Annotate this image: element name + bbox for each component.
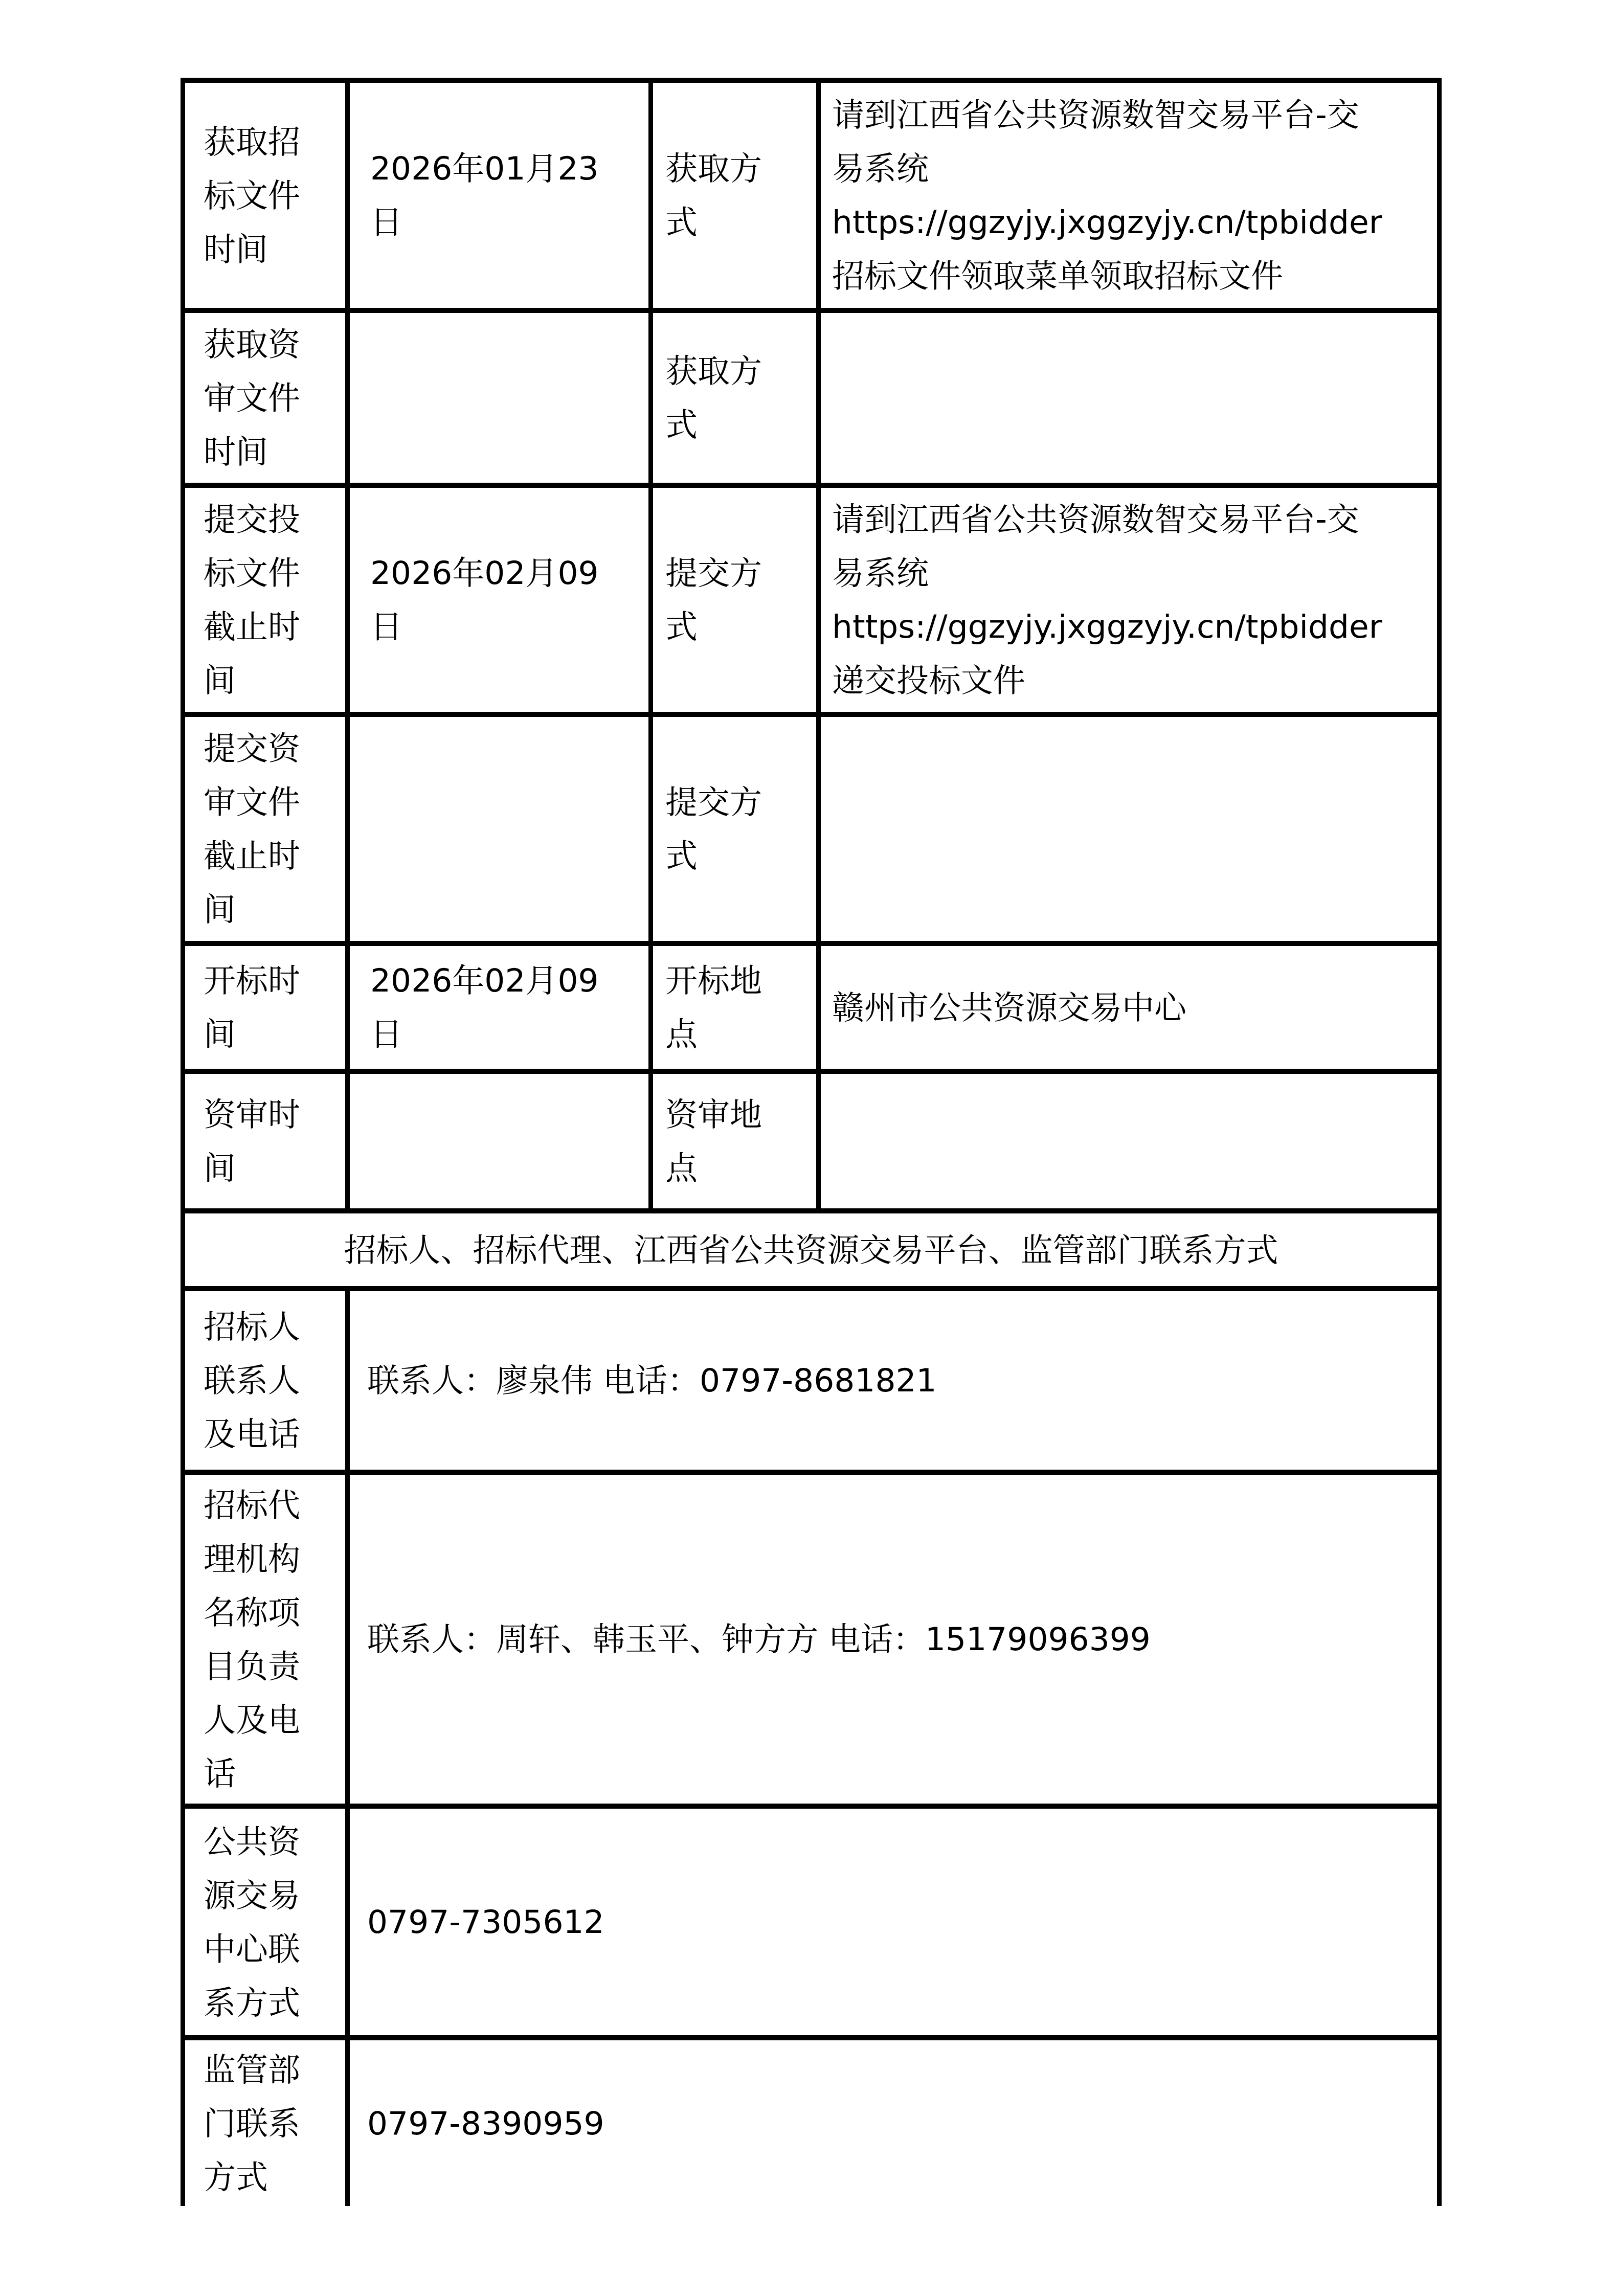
table-row-bid-opening: 开标时间 2026年02月09日 开标地点 赣州市公共资源交易中心 xyxy=(183,943,1440,1071)
prequal-review-time-value xyxy=(348,1071,651,1211)
agency-contact-value: 联系人：周轩、韩玉平、钟方方 电话：15179096399 xyxy=(348,1472,1440,1806)
submit-method-value: 请到江西省公共资源数智交易平台-交 易系统 https://ggzyjy.jxg… xyxy=(819,485,1440,714)
obtain-method-label: 获取方式 xyxy=(651,80,819,310)
bid-opening-time-value: 2026年02月09日 xyxy=(348,943,651,1071)
agency-contact-label: 招标代理机构名称项目负责人及电话 xyxy=(183,1472,348,1806)
bid-schedule-contact-table: 获取招标文件时间 2026年01月23日 获取方式 请到江西省公共资源数智交易平… xyxy=(181,78,1442,2206)
regulator-contact-label: 监管部门联系方式 xyxy=(183,2038,348,2206)
table-row-agency-contact: 招标代理机构名称项目负责人及电话 联系人：周轩、韩玉平、钟方方 电话：15179… xyxy=(183,1472,1440,1806)
obtain-prequal-docs-time-label: 获取资审文件时间 xyxy=(183,310,348,485)
document-page: { "page": { "background": "#ffffff", "te… xyxy=(0,0,1616,2296)
table-row-obtain-bid-docs: 获取招标文件时间 2026年01月23日 获取方式 请到江西省公共资源数智交易平… xyxy=(183,80,1440,310)
submit-prequal-deadline-label: 提交资审文件截止时间 xyxy=(183,714,348,943)
obtain-prequal-docs-time-value xyxy=(348,310,651,485)
submit-bid-deadline-label: 提交投标文件截止时间 xyxy=(183,485,348,714)
table-row-regulator-contact: 监管部门联系方式 0797-8390959 xyxy=(183,2038,1440,2206)
trade-center-contact-value: 0797-7305612 xyxy=(348,1806,1440,2038)
obtain-prequal-method-label: 获取方式 xyxy=(651,310,819,485)
bid-opening-place-label: 开标地点 xyxy=(651,943,819,1071)
table-row-trade-center-contact: 公共资源交易中心联系方式 0797-7305612 xyxy=(183,1806,1440,2038)
obtain-method-value: 请到江西省公共资源数智交易平台-交 易系统 https://ggzyjy.jxg… xyxy=(819,80,1440,310)
obtain-bid-docs-time-value: 2026年01月23日 xyxy=(348,80,651,310)
submit-bid-deadline-value: 2026年02月09日 xyxy=(348,485,651,714)
bid-opening-time-label: 开标时间 xyxy=(183,943,348,1071)
regulator-contact-value: 0797-8390959 xyxy=(348,2038,1440,2206)
table-row-tenderer-contact: 招标人联系人及电话 联系人：廖泉伟 电话：0797-8681821 xyxy=(183,1289,1440,1472)
tenderer-contact-label: 招标人联系人及电话 xyxy=(183,1289,348,1472)
obtain-bid-docs-time-label: 获取招标文件时间 xyxy=(183,80,348,310)
table-row-obtain-prequal-docs: 获取资审文件时间 获取方式 xyxy=(183,310,1440,485)
trade-center-contact-label: 公共资源交易中心联系方式 xyxy=(183,1806,348,2038)
submit-method-label: 提交方式 xyxy=(651,485,819,714)
tenderer-contact-value: 联系人：廖泉伟 电话：0797-8681821 xyxy=(348,1289,1440,1472)
table-row-prequal-review: 资审时间 资审地点 xyxy=(183,1071,1440,1211)
table-row-submit-bid-docs: 提交投标文件截止时间 2026年02月09日 提交方式 请到江西省公共资源数智交… xyxy=(183,485,1440,714)
submit-prequal-method-value xyxy=(819,714,1440,943)
prequal-review-time-label: 资审时间 xyxy=(183,1071,348,1211)
submit-prequal-deadline-value xyxy=(348,714,651,943)
obtain-prequal-method-value xyxy=(819,310,1440,485)
contact-section-title: 招标人、招标代理、江西省公共资源交易平台、监管部门联系方式 xyxy=(183,1211,1440,1289)
prequal-review-place-value xyxy=(819,1071,1440,1211)
bid-opening-place-value: 赣州市公共资源交易中心 xyxy=(819,943,1440,1071)
table-row-submit-prequal-docs: 提交资审文件截止时间 提交方式 xyxy=(183,714,1440,943)
table-row-contact-header: 招标人、招标代理、江西省公共资源交易平台、监管部门联系方式 xyxy=(183,1211,1440,1289)
prequal-review-place-label: 资审地点 xyxy=(651,1071,819,1211)
submit-prequal-method-label: 提交方式 xyxy=(651,714,819,943)
